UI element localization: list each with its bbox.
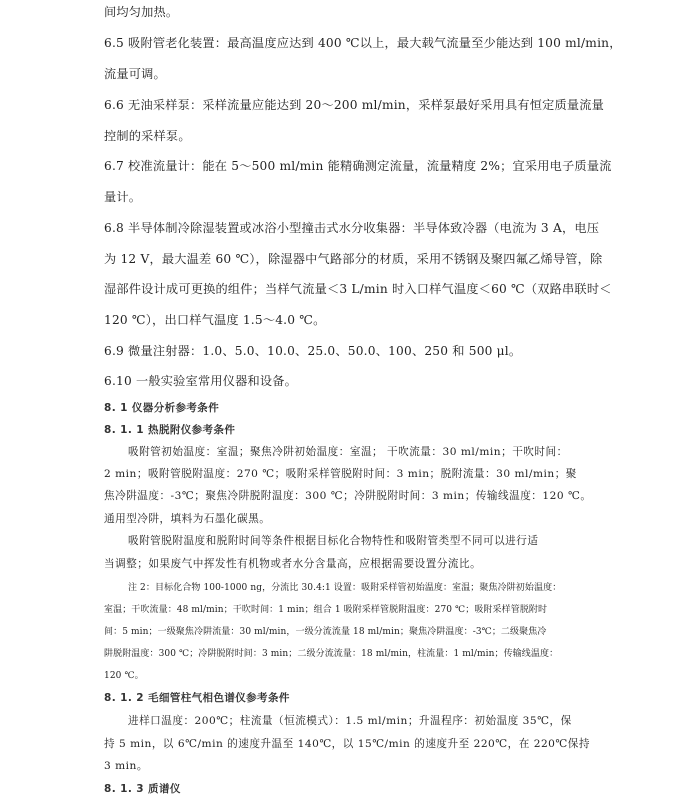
note-2-line5: 120 ℃。: [104, 668, 144, 681]
item-6-9: 6.9 微量注射器：1.0、5.0、10.0、25.0、50.0、100、250…: [104, 342, 521, 359]
item-6-6-line2: 控制的采样泵。: [104, 127, 191, 144]
item-6-6-line1: 6.6 无油采样泵：采样流量应能达到 20～200 ml/min，采样泵最好采用…: [104, 96, 604, 113]
item-6-8-line2: 为 12 V，最大温差 60 ℃），除湿器中气路部分的材质，采用不锈钢及聚四氟乙…: [104, 250, 602, 267]
para-8-1-2-line3: 3 min。: [104, 758, 148, 773]
item-6-8-line4: 120 ℃），出口样气温度 1.5～4.0 ℃。: [104, 311, 326, 328]
item-6-8-line1: 6.8 半导体制冷除湿装置或冰浴小型撞击式水分收集器：半导体致冷器（电流为 3 …: [104, 219, 599, 236]
item-6-5-line2: 流量可调。: [104, 65, 166, 82]
para-8-1-1-b-line2: 当调整；如果废气中挥发性有机物或者水分含量高，应根据需要设置分流比。: [104, 556, 481, 571]
item-6-7-line2: 量计。: [104, 188, 141, 205]
document-page: 间均匀加热。 6.5 吸附管老化装置：最高温度应达到 400 ℃以上，最大载气流…: [0, 0, 680, 798]
item-6-10: 6.10 一般实验室常用仪器和设备。: [104, 372, 297, 389]
note-2-line4: 阱脱附温度：300 ℃；冷阱脱附时间：3 min；二级分流流量：18 ml/mi…: [104, 646, 558, 659]
para-8-1-1-b-line1: 吸附管脱附温度和脱附时间等条件根据目标化合物特性和吸附管类型不同可以进行适: [128, 533, 538, 548]
heading-8-1: 8. 1 仪器分析参考条件: [104, 400, 219, 415]
para-8-1-2-line2: 持 5 min，以 6℃/min 的速度升温至 140℃，以 15℃/min 的…: [104, 736, 590, 751]
note-2-line3: 间：5 min；一级聚焦冷阱流量：30 ml/min，一级分流流量 18 ml/…: [104, 624, 546, 637]
item-6-8-line3: 湿部件设计成可更换的组件；当样气流量＜3 L/min 时入口样气温度＜60 ℃（…: [104, 280, 612, 297]
para-8-1-1-a-line4: 通用型冷阱，填料为石墨化碳黑。: [104, 511, 270, 526]
para-8-1-1-a-line3: 焦冷阱温度：-3℃；聚焦冷阱脱附温度：300 ℃；冷阱脱附时间：3 min；传输…: [104, 488, 591, 503]
text-line-6-4-tail: 间均匀加热。: [104, 3, 178, 20]
note-2-line2: 室温；干吹流量：48 ml/min；干吹时间：1 min；组合 1 吸附采样管脱…: [104, 602, 547, 615]
item-6-7-line1: 6.7 校准流量计：能在 5～500 ml/min 能精确测定流量，流量精度 2…: [104, 157, 612, 174]
para-8-1-1-a-line2: 2 min；吸附管脱附温度：270 ℃；吸附采样管脱附时间：3 min；脱附流量…: [104, 466, 577, 481]
note-2-line1: 注 2：目标化合物 100-1000 ng，分流比 30.4:1 设置：吸附采样…: [128, 580, 561, 593]
heading-8-1-1: 8. 1. 1 热脱附仪参考条件: [104, 422, 235, 437]
heading-8-1-2: 8. 1. 2 毛细管柱气相色谱仪参考条件: [104, 690, 290, 705]
para-8-1-1-a-line1: 吸附管初始温度：室温；聚焦冷阱初始温度：室温； 干吹流量：30 ml/min；干…: [128, 444, 568, 459]
heading-8-1-3: 8. 1. 3 质谱仪: [104, 781, 181, 796]
item-6-5-line1: 6.5 吸附管老化装置：最高温度应达到 400 ℃以上，最大载气流量至少能达到 …: [104, 34, 622, 51]
para-8-1-2-line1: 进样口温度：200℃；柱流量（恒流模式）：1.5 ml/min；升温程序：初始温…: [128, 713, 572, 728]
